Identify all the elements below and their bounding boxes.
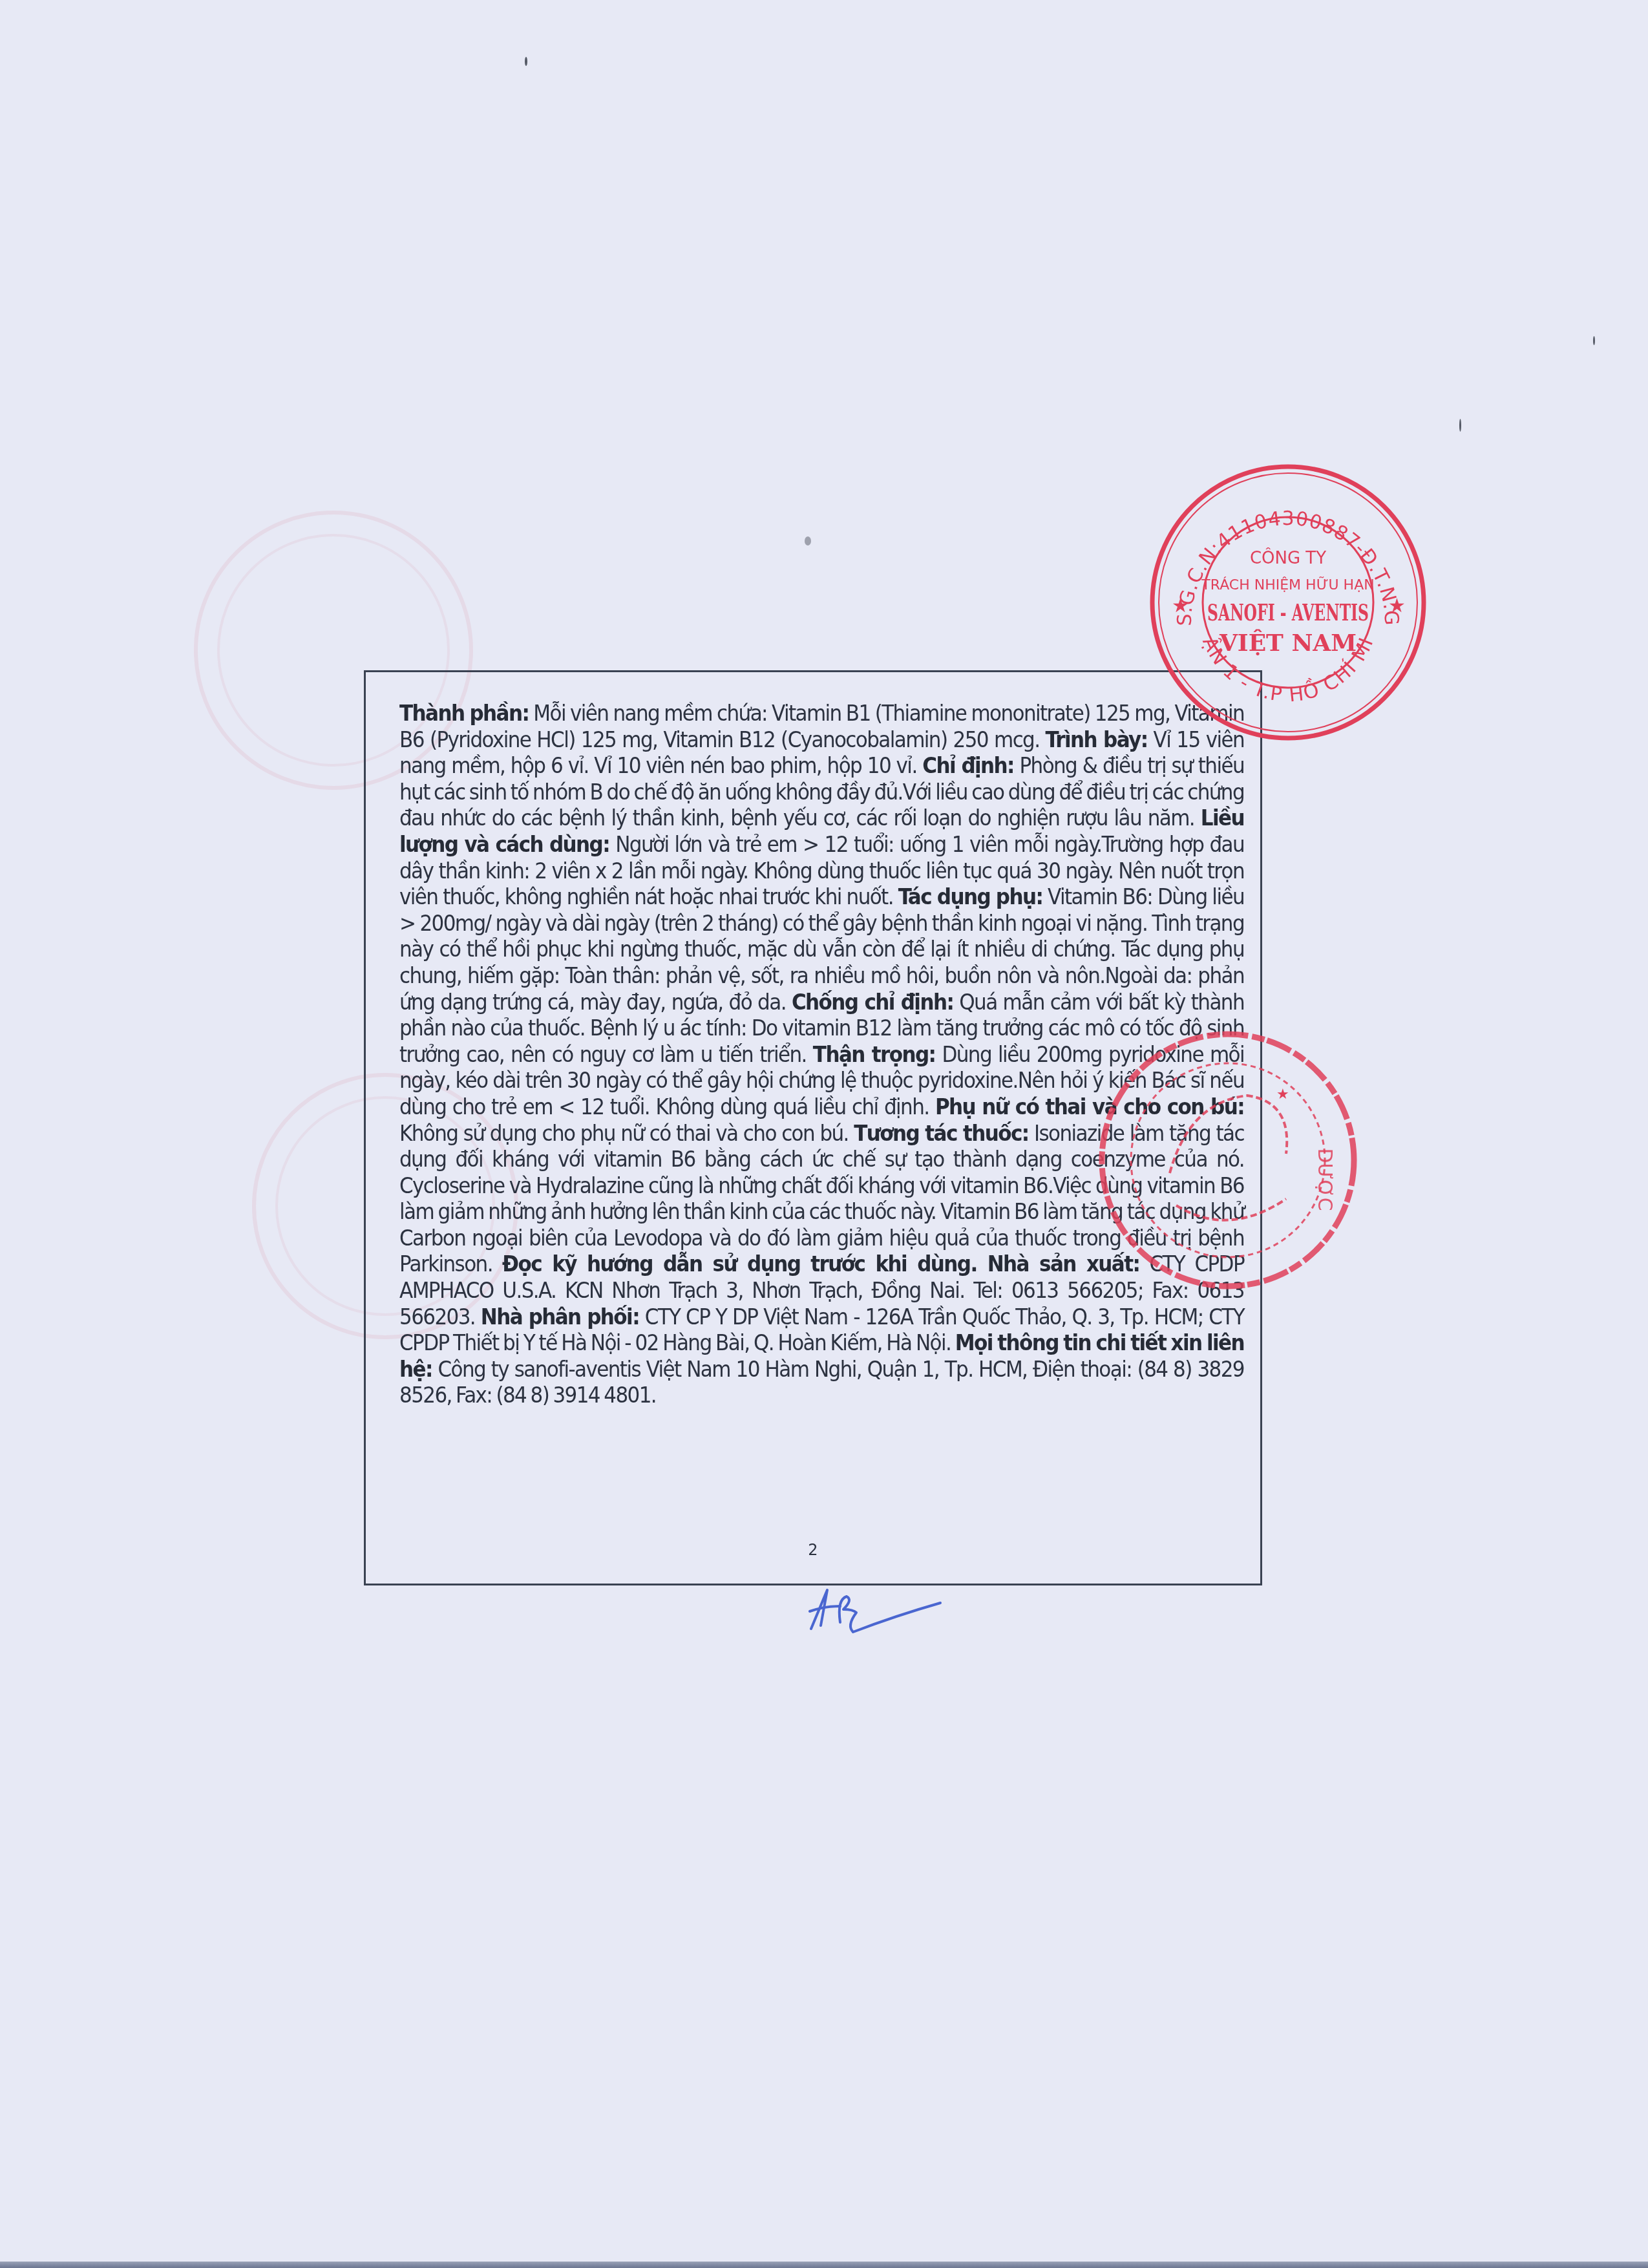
signature-scribble [805,1587,953,1638]
star-icon: ★ [1388,595,1406,617]
page-number: 2 [366,1541,1260,1559]
star-icon: ★ [1276,1086,1289,1103]
section-heading: Trình bày: [1046,727,1148,753]
scan-speck [805,536,811,546]
section-heading: Tác dụng phụ: [898,884,1042,910]
signature [805,1587,953,1638]
pharmacy-seal: DƯỢC ★ [1092,1024,1364,1296]
seal-2-text: DƯỢC [1313,1148,1336,1211]
section-heading: Nhà phân phối: [481,1304,639,1330]
seal-2-graphic: DƯỢC ★ [1092,1024,1364,1296]
scan-speck [1593,336,1595,345]
section-heading: Thận trọng: [813,1042,936,1068]
scan-speck [525,57,527,66]
section-text: Công ty sanofi-aventis Việt Nam 10 Hàm N… [399,1357,1244,1409]
section-heading: Chống chỉ định: [792,990,953,1015]
scan-speck [1459,419,1461,432]
section-heading: Thành phần: [399,701,529,726]
seal-line-1: CÔNG TY [1250,547,1326,568]
company-seal: S.G.C.N:41104300887-Đ.T.N.G QUẬN 1 - T.P… [1146,460,1430,745]
section-heading: Chỉ định: [922,753,1014,779]
section-heading: Đọc kỹ hướng dẫn sử dụng trước khi dùng.… [502,1251,1139,1277]
seal-line-3: SANOFI - AVENTIS [1207,599,1369,626]
seal-line-4: VIỆT NAM [1219,629,1357,657]
scan-edge [0,2262,1648,2268]
seal-line-2: TRÁCH NHIỆM HỮU HẠN [1201,576,1374,593]
section-text: Không sử dụng cho phụ nữ có thai và cho … [399,1121,854,1147]
section-heading: Tương tác thuốc: [854,1121,1028,1147]
star-icon: ★ [1172,595,1189,617]
seal-graphic: S.G.C.N:41104300887-Đ.T.N.G QUẬN 1 - T.P… [1146,460,1430,745]
